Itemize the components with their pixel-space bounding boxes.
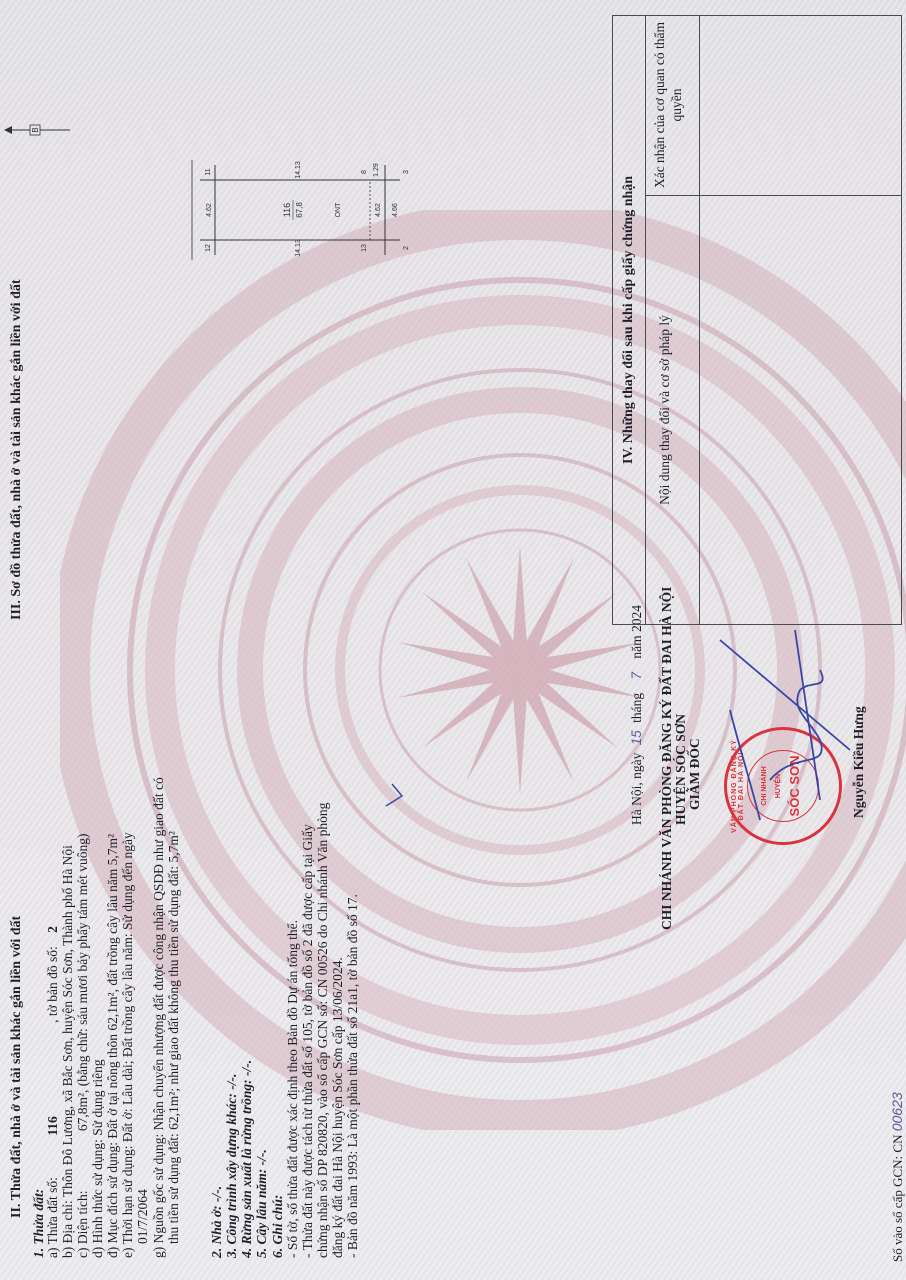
note-line: đăng ký đất đai Hà Nội huyện Sóc Sơn cấp…	[331, 957, 345, 1258]
perennial-trees-row: 5. Cây lâu năm: -/-.	[255, 1149, 269, 1258]
registry-number: Số vào sổ cấp GCN: CN 00623	[890, 1092, 904, 1262]
usage-purpose: đ) Mục đích sử dụng: Đất ở tại nông thôn…	[106, 834, 120, 1258]
date-prefix: Hà Nội, ngày	[629, 753, 644, 825]
usage-form: d) Hình thức sử dụng: Sử dụng riêng	[91, 1059, 105, 1258]
area-label: c) Diện tích:	[75, 1191, 90, 1258]
note-line: - Số tờ, số thửa đất được xác định theo …	[286, 920, 300, 1258]
other-construction-row: 3. Công trình xây dựng khác: -/-.	[225, 1074, 239, 1258]
svg-text:8: 8	[361, 170, 368, 174]
section-ii-title: II. Thửa đất, nhà ở và tài sản khác gắn …	[10, 916, 24, 1218]
signature-scribble	[700, 620, 870, 840]
section-iv-title: IV. Những thay đổi sau khi cấp giấy chứn…	[613, 16, 646, 624]
north-arrow-icon: B	[2, 110, 72, 150]
svg-text:4.62: 4.62	[375, 203, 382, 217]
usage-term-date: 01/7/2064	[136, 1189, 150, 1244]
svg-text:14.13: 14.13	[295, 161, 302, 179]
area-value: 67,8m², (bằng chữ: sáu mươi bảy phẩy tám…	[75, 834, 90, 1132]
note-line: chứng nhận số DP 820820, vào sổ cấp GCN …	[316, 803, 330, 1258]
plot-diagram: 11667,8ONT14.1314.134.624.624.661.292381…	[180, 120, 420, 280]
land-heading: 1. Thửa đất:	[32, 1189, 46, 1258]
svg-text:1.29: 1.29	[373, 163, 380, 177]
org-line-2: HUYỆN SÓC SƠN	[674, 714, 688, 825]
notes-heading: 6. Ghi chú:	[271, 1195, 285, 1258]
parcel-number-row: a) Thửa đất số: 116 , tờ bản đồ số: 2	[46, 926, 60, 1258]
svg-text:14.13: 14.13	[295, 239, 302, 257]
address-line: b) Địa chỉ: Thôn Đô Lương, xã Bắc Sơn, h…	[61, 845, 75, 1258]
org-line-1: CHI NHÁNH VĂN PHÒNG ĐĂNG KÝ ĐẤT ĐAI HÀ N…	[660, 587, 674, 930]
changes-table: IV. Những thay đổi sau khi cấp giấy chứn…	[612, 15, 902, 625]
usage-term: e) Thời hạn sử dụng: Đất ở: Lâu dài; Đất…	[121, 832, 135, 1258]
map-sheet-label: , tờ bản đồ số:	[45, 946, 60, 1023]
usage-origin: g) Nguồn gốc sử dụng: Nhận chuyển nhượng…	[152, 777, 166, 1258]
date-month: 7	[629, 672, 644, 680]
svg-text:4.62: 4.62	[206, 203, 213, 217]
svg-text:2: 2	[403, 246, 410, 250]
parcel-number-value: 116	[45, 1116, 60, 1136]
handwritten-mark	[382, 780, 412, 810]
svg-text:12: 12	[205, 244, 212, 252]
svg-text:ONT: ONT	[335, 202, 342, 218]
registry-label: Số vào sổ cấp GCN: CN	[890, 1135, 905, 1262]
date-day: 15	[629, 730, 644, 745]
usage-origin-cont: thu tiền sử dụng đất: 62,1m²; như giao đ…	[167, 831, 181, 1244]
registry-value: 00623	[889, 1092, 905, 1131]
house-row: 2. Nhà ở: -/-.	[210, 1186, 224, 1258]
production-forest-row: 4. Rừng sản xuất là rừng trồng: -/-.	[240, 1060, 254, 1258]
col-change-content: Nội dung thay đổi và cơ sở pháp lý	[657, 196, 673, 624]
svg-text:3: 3	[403, 170, 410, 174]
parcel-number-label: a) Thửa đất số:	[45, 1177, 60, 1258]
month-label: tháng	[629, 693, 644, 723]
svg-text:11: 11	[205, 168, 212, 175]
note-line: - Thửa đất này được tách từ thửa đất số …	[301, 824, 315, 1258]
col-authority-confirmation: Xác nhận của cơ quan có thẩm quyền	[651, 16, 685, 194]
map-sheet-value: 2	[45, 926, 60, 933]
svg-text:116: 116	[282, 203, 292, 217]
area-row: c) Diện tích: 67,8m², (bằng chữ: sáu mươ…	[76, 834, 90, 1259]
svg-text:4.66: 4.66	[392, 203, 399, 217]
note-line: - Bản đồ năm 1993: Là một phần thửa đất …	[346, 894, 360, 1258]
north-label: B	[31, 127, 40, 132]
certificate-page: II. Thửa đất, nhà ở và tài sản khác gắn …	[0, 0, 906, 1280]
svg-text:13: 13	[361, 244, 368, 252]
svg-text:67,8: 67,8	[295, 202, 304, 218]
issue-date: Hà Nội, ngày 15 tháng 7 năm 2024	[630, 605, 644, 825]
section-iii-title: III. Sơ đồ thửa đất, nhà ở và tài sản kh…	[10, 279, 24, 620]
